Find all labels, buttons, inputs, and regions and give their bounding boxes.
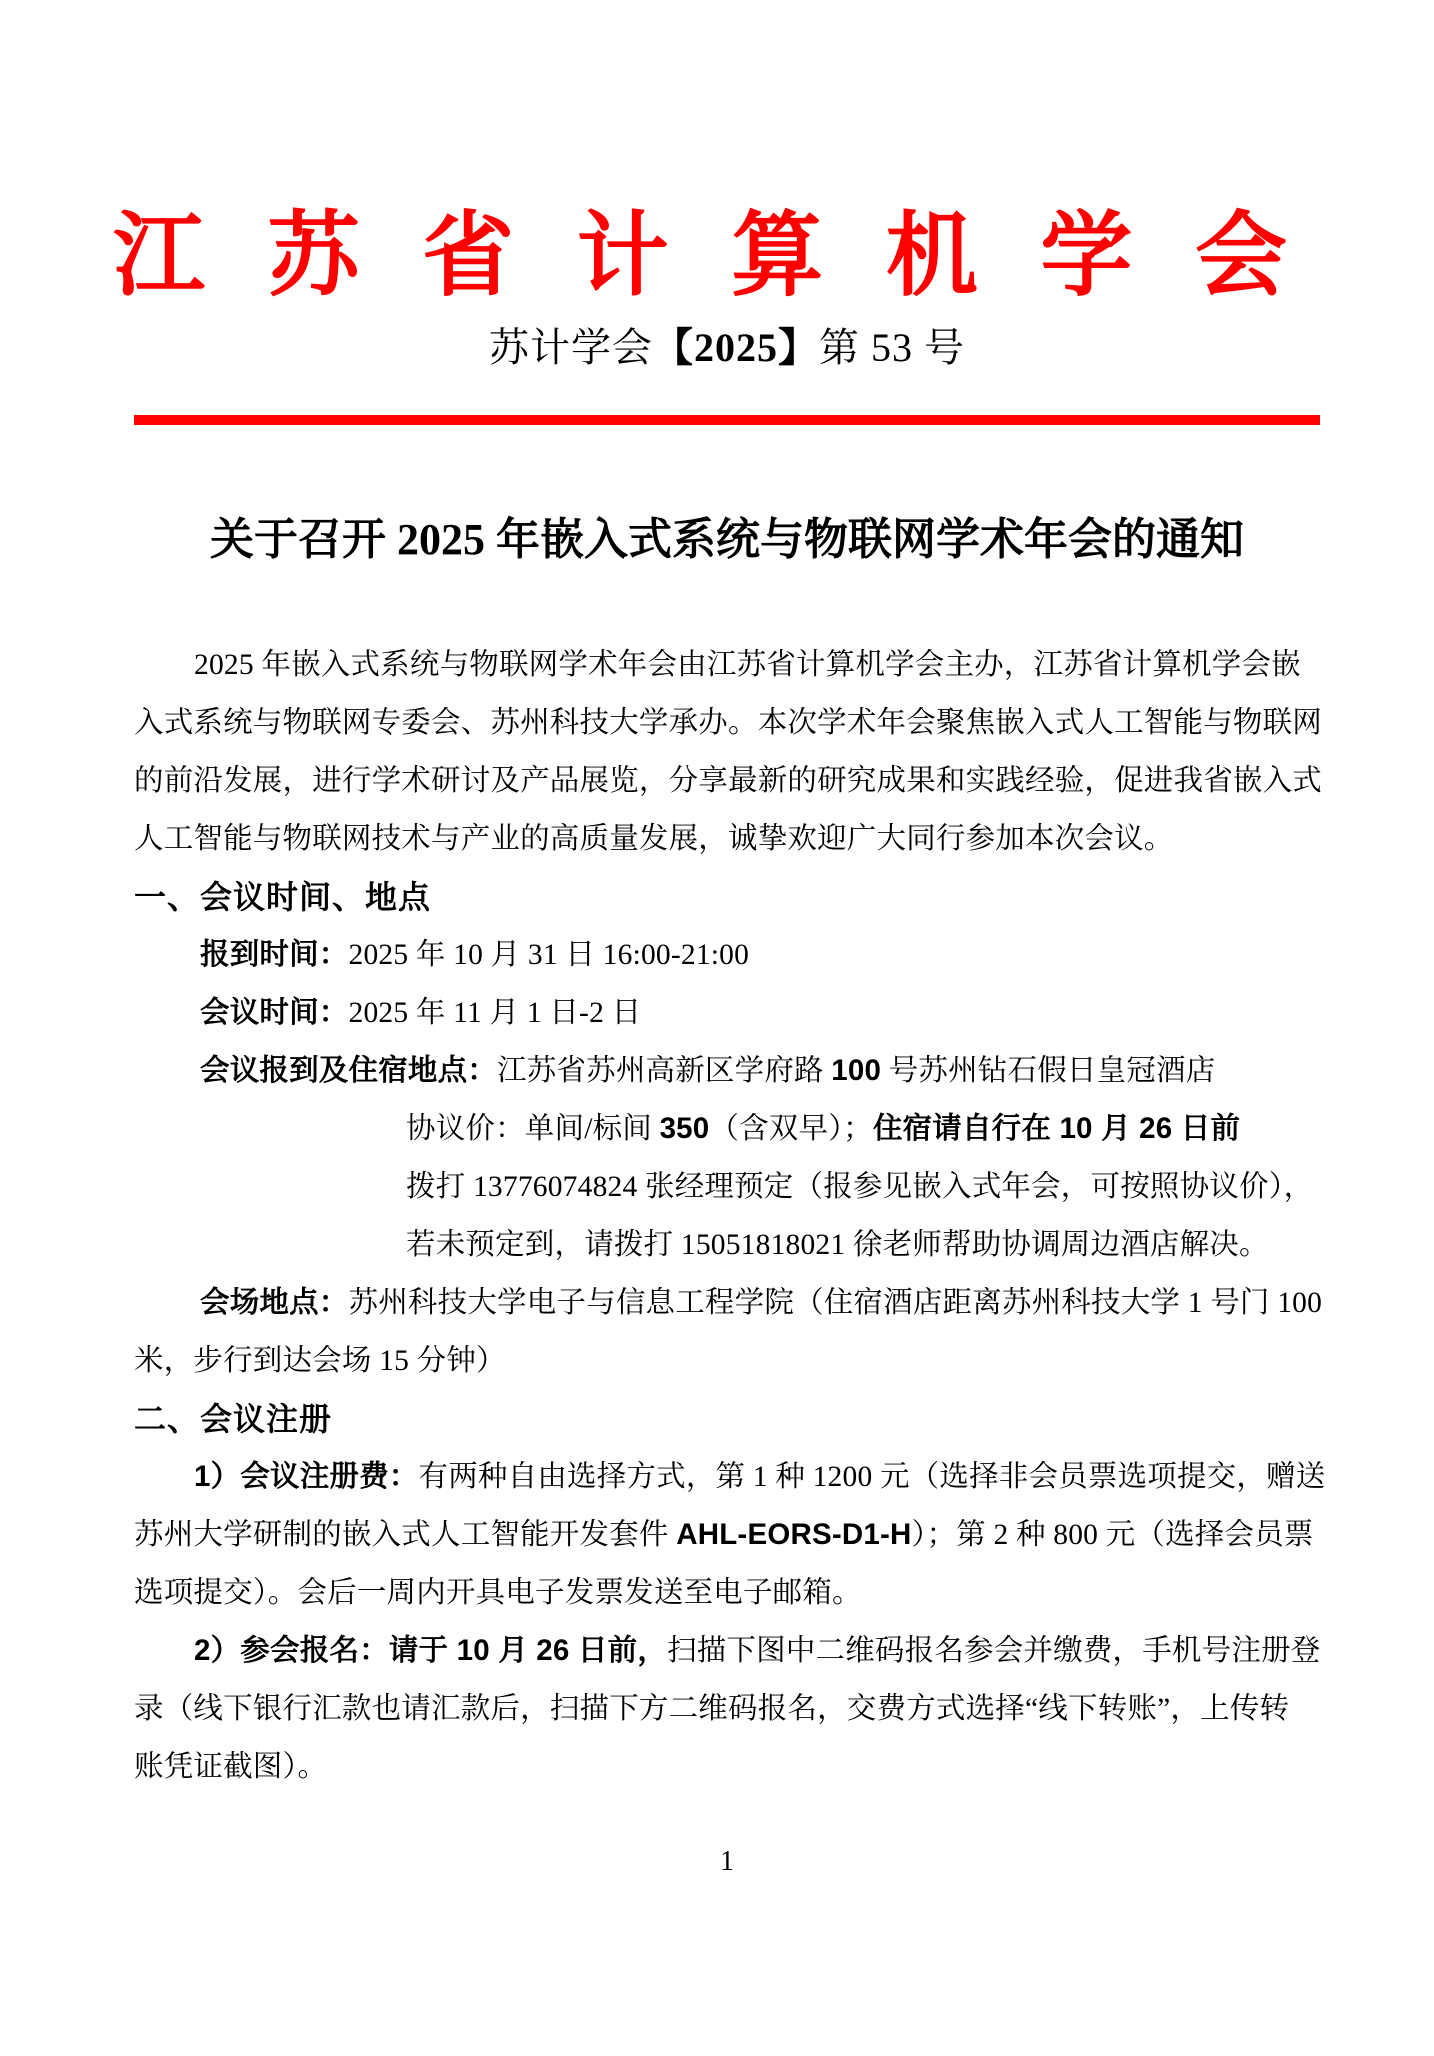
document-number-prefix: 苏计学会 (489, 325, 653, 370)
text-run: 会议报到及住宿地点： (200, 1054, 497, 1087)
text-run: 拨打 13776074824 张经理预定（报参见嵌入式年会，可按照协议价）， (406, 1171, 1313, 1203)
text-run: 苏州大学研制的嵌入式人工智能开发套件 (134, 1519, 676, 1551)
body-line: 1）会议注册费：有两种自由选择方式，第 1 种 1200 元（选择非会员票选项提… (134, 1448, 1320, 1506)
text-run: 会场地点： (200, 1286, 349, 1319)
text-run: 报到时间： (200, 938, 349, 971)
red-divider-rule (134, 415, 1320, 425)
text-run: 1）会议注册费： (194, 1460, 419, 1493)
text-run: 账凭证截图）。 (134, 1751, 327, 1783)
document-number-year: 【2025】 (653, 325, 819, 370)
document-number-serial: 第 53 号 (819, 325, 965, 370)
body-line: 2025 年嵌入式系统与物联网学术年会由江苏省计算机学会主办，江苏省计算机学会嵌 (134, 636, 1320, 694)
text-run: 住宿请自行在 10 月 26 日前 (873, 1112, 1240, 1145)
document-number: 苏计学会【2025】第 53 号 (134, 320, 1320, 376)
notice-body: 2025 年嵌入式系统与物联网学术年会由江苏省计算机学会主办，江苏省计算机学会嵌… (134, 636, 1320, 1796)
section-heading: 一、会议时间、地点 (134, 868, 1320, 926)
page-number: 1 (134, 1846, 1320, 1878)
text-run: 江苏省苏州高新区学府路 (497, 1055, 831, 1087)
body-line: 报到时间：2025 年 10 月 31 日 16:00-21:00 (134, 926, 1320, 984)
body-line: 账凭证截图）。 (134, 1738, 1320, 1796)
text-run: 会议时间： (200, 996, 349, 1029)
text-run: 有两种自由选择方式，第 1 种 1200 元（选择非会员票选项提交，赠送 (419, 1461, 1326, 1493)
text-run: 扫描下图中二维码报名参会并缴费，手机号注册登 (667, 1635, 1320, 1667)
body-line: 2）参会报名：请于 10 月 26 日前，扫描下图中二维码报名参会并缴费，手机号… (134, 1622, 1320, 1680)
text-run: 入式系统与物联网专委会、苏州科技大学承办。本次学术年会聚焦嵌入式人工智能与物联网 (134, 707, 1322, 739)
body-line: 会议时间：2025 年 11 月 1 日-2 日 (134, 984, 1320, 1042)
body-line: 苏州大学研制的嵌入式人工智能开发套件 AHL-EORS-D1-H）；第 2 种 … (134, 1506, 1320, 1564)
text-run: AHL-EORS-D1-H (676, 1518, 911, 1551)
text-run: 号苏州钻石假日皇冠酒店 (881, 1055, 1215, 1087)
body-line: 录（线下银行汇款也请汇款后，扫描下方二维码报名，交费方式选择“线下转账”，上传转 (134, 1680, 1320, 1738)
text-run: 人工智能与物联网技术与产业的高质量发展，诚挚欢迎广大同行参加本次会议。 (134, 823, 1174, 855)
body-line: 若未预定到，请拨打 15051818021 徐老师帮助协调周边酒店解决。 (134, 1216, 1320, 1274)
text-run: 二、会议注册 (134, 1401, 332, 1437)
text-run: 2025 年 10 月 31 日 16:00-21:00 (349, 939, 750, 971)
body-line: 人工智能与物联网技术与产业的高质量发展，诚挚欢迎广大同行参加本次会议。 (134, 810, 1320, 868)
text-run: （含双早）； (709, 1113, 872, 1145)
body-line: 选项提交）。会后一周内开具电子发票发送至电子邮箱。 (134, 1564, 1320, 1622)
text-run: 2025 年 11 月 1 日-2 日 (349, 997, 642, 1029)
body-line: 协议价：单间/标间 350（含双早）；住宿请自行在 10 月 26 日前 (134, 1100, 1320, 1158)
body-line: 入式系统与物联网专委会、苏州科技大学承办。本次学术年会聚焦嵌入式人工智能与物联网 (134, 694, 1320, 752)
text-run: 100 (831, 1054, 881, 1087)
section-heading: 二、会议注册 (134, 1390, 1320, 1448)
text-run: 苏州科技大学电子与信息工程学院（住宿酒店距离苏州科技大学 1 号门 100 (349, 1287, 1323, 1319)
text-run: 2025 年嵌入式系统与物联网学术年会由江苏省计算机学会主办，江苏省计算机学会嵌 (194, 649, 1301, 681)
text-run: 2）参会报名：请于 10 月 26 日前， (194, 1634, 667, 1667)
text-run: 选项提交）。会后一周内开具电子发票发送至电子邮箱。 (134, 1577, 862, 1609)
text-run: 350 (660, 1112, 710, 1145)
body-line: 的前沿发展，进行学术研讨及产品展览，分享最新的研究成果和实践经验，促进我省嵌入式 (134, 752, 1320, 810)
text-run: 若未预定到，请拨打 15051818021 徐老师帮助协调周边酒店解决。 (406, 1229, 1269, 1261)
text-run: 米，步行到达会场 15 分钟） (134, 1345, 506, 1377)
body-line: 会议报到及住宿地点：江苏省苏州高新区学府路 100 号苏州钻石假日皇冠酒店 (134, 1042, 1320, 1100)
organization-title: 江 苏 省 计 算 机 学 会 (113, 210, 1288, 302)
body-line: 会场地点：苏州科技大学电子与信息工程学院（住宿酒店距离苏州科技大学 1 号门 1… (134, 1274, 1320, 1332)
body-line: 米，步行到达会场 15 分钟） (134, 1332, 1320, 1390)
text-run: 协议价：单间/标间 (406, 1113, 660, 1145)
body-line: 拨打 13776074824 张经理预定（报参见嵌入式年会，可按照协议价）， (134, 1158, 1320, 1216)
notice-document-page: 江 苏 省 计 算 机 学 会 苏计学会【2025】第 53 号 关于召开 20… (0, 0, 1434, 2056)
text-run: 的前沿发展，进行学术研讨及产品展览，分享最新的研究成果和实践经验，促进我省嵌入式 (134, 765, 1322, 797)
text-run: 录（线下银行汇款也请汇款后，扫描下方二维码报名，交费方式选择“线下转账”，上传转 (134, 1693, 1289, 1725)
text-run: ）；第 2 种 800 元（选择会员票 (912, 1519, 1314, 1551)
notice-title: 关于召开 2025 年嵌入式系统与物联网学术年会的通知 (134, 511, 1320, 569)
text-run: 一、会议时间、地点 (134, 879, 431, 915)
